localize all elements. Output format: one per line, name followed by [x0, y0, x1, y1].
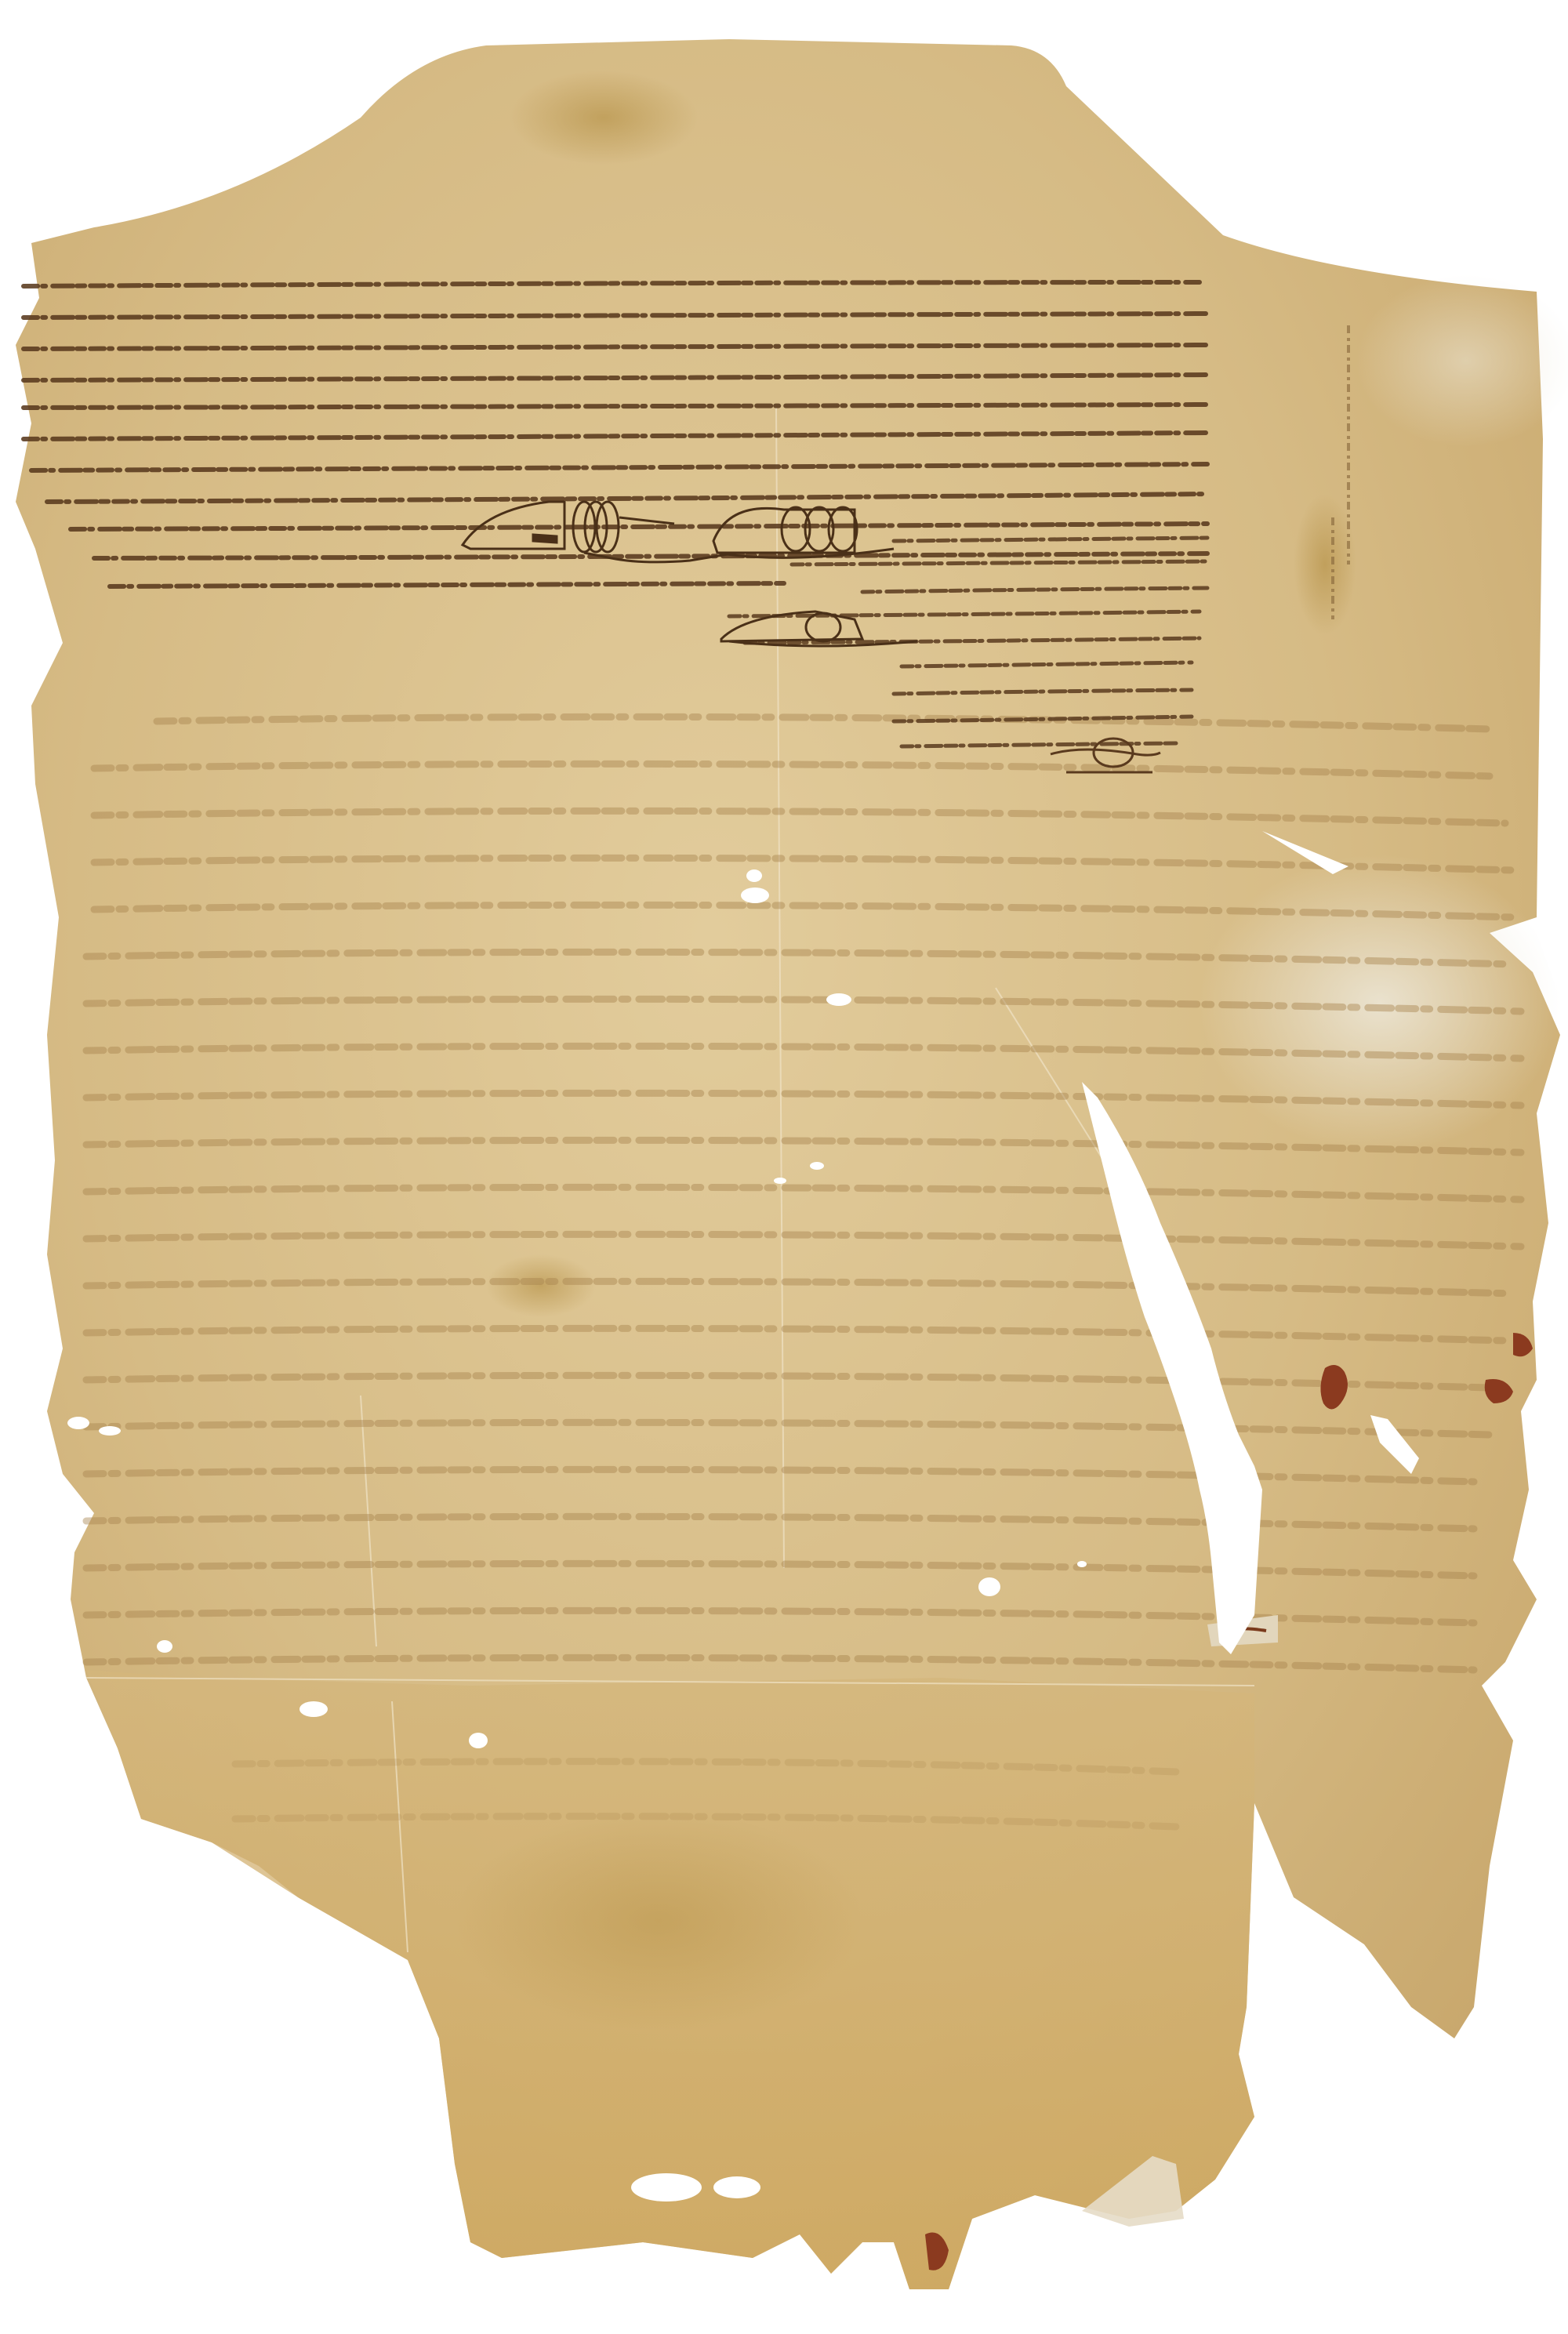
manuscript-stage: Historical manuscript on parchment Arabi… — [0, 0, 1568, 2334]
parchment-svg — [0, 0, 1568, 2334]
